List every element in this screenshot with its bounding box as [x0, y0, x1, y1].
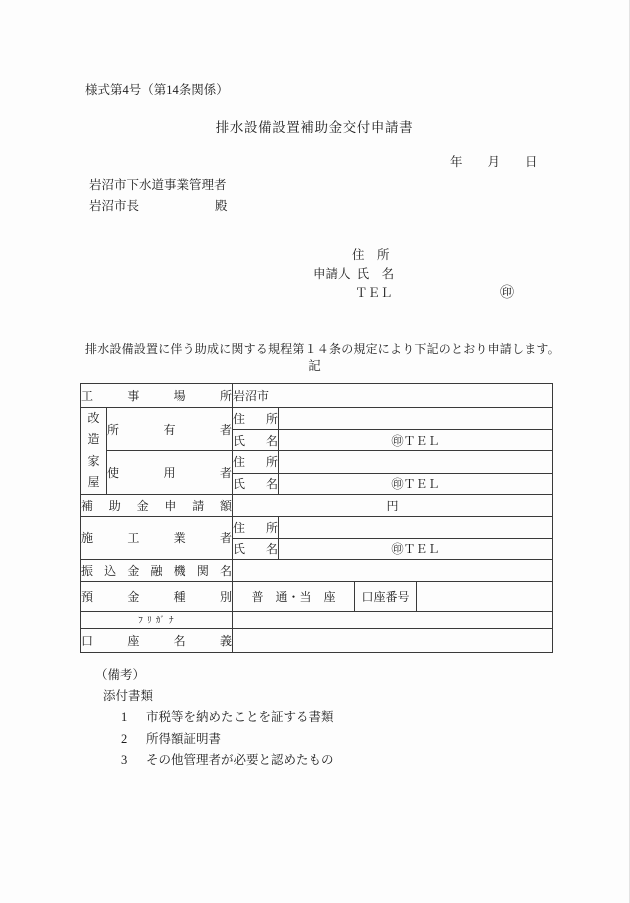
- attachment-item-number: 1: [121, 710, 146, 725]
- attachment-item-text: 所得額証明書: [146, 732, 221, 746]
- row-work-site: 工事場所 岩沼市: [81, 384, 553, 408]
- row-subsidy-amount: 補助金申請額 円: [81, 494, 553, 516]
- user-label-cell: 使用者: [107, 451, 233, 495]
- addressee-manager: 岩沼市下水道事業管理者: [89, 175, 227, 193]
- applicant-name-label: 氏 名: [357, 267, 395, 281]
- owner-label-cell: 所有者: [107, 408, 233, 451]
- seal-icon: ㊞: [500, 282, 514, 302]
- row-owner-address: 改造家屋 所有者 住所: [81, 408, 553, 430]
- work-site-label-cell: 工事場所: [81, 384, 233, 408]
- account-number-label-cell: 口座番号: [355, 581, 417, 611]
- subsidy-amount-label-cell: 補助金申請額: [81, 494, 233, 516]
- applicant-block: 住 所 申請人 氏 名 ＴＥＬ ㊞: [313, 243, 543, 303]
- furigana-input-cell: [233, 611, 553, 628]
- row-user-address: 使用者 住所: [81, 451, 553, 474]
- addressee-mayor-line: 岩沼市長 殿: [89, 196, 289, 214]
- deposit-type-value-cell: 普 通・当 座: [233, 581, 355, 611]
- deposit-type-label-cell: 預金種別: [81, 581, 233, 611]
- owner-address-input-cell: [279, 408, 553, 430]
- bank-label-cell: 振込金融機関名: [81, 559, 233, 581]
- bank-input-cell: [233, 559, 553, 581]
- contractor-name-sublabel-cell: 氏名: [233, 538, 279, 559]
- attachment-item-number: 2: [121, 732, 146, 747]
- date-line: 年 月 日: [450, 152, 538, 170]
- owner-name-sublabel-cell: 氏名: [233, 430, 279, 451]
- user-address-input-cell: [279, 451, 553, 474]
- ki-heading: 記: [0, 356, 629, 374]
- attachment-item-text: 市税等を納めたことを証する書類: [146, 710, 334, 724]
- renovated-house-vertical-label: 改造家屋: [87, 408, 100, 494]
- user-seal-tel-cell: ㊞ＴＥＬ: [279, 473, 553, 494]
- attachment-item-text: その他管理者が必要と認めたもの: [146, 753, 334, 767]
- row-furigana: ﾌ ﾘ ｶﾞ ﾅ: [81, 611, 553, 628]
- attachment-item: 2所得額証明書: [121, 729, 334, 751]
- remarks-label: （備考）: [95, 665, 145, 683]
- applicant-tel-line: ＴＥＬ ㊞: [355, 283, 543, 301]
- owner-seal-tel-cell: ㊞ＴＥＬ: [279, 430, 553, 451]
- renovated-house-label-cell: 改造家屋: [81, 408, 107, 495]
- honorific-dono: 殿: [215, 196, 228, 214]
- attachment-item: 1市税等を納めたことを証する書類: [121, 707, 334, 729]
- form-number: 様式第4号（第14条関係）: [85, 80, 229, 98]
- user-address-sublabel-cell: 住所: [233, 451, 279, 474]
- applicant-name-line: 申請人 氏 名: [313, 264, 394, 282]
- subsidy-amount-value-cell: 円: [233, 494, 553, 516]
- attachment-item: 3その他管理者が必要と認めたもの: [121, 750, 334, 772]
- attachments-list: 1市税等を納めたことを証する書類 2所得額証明書 3その他管理者が必要と認めたも…: [121, 707, 334, 772]
- account-holder-input-cell: [233, 628, 553, 652]
- applicant-address-label: 住 所: [352, 245, 390, 263]
- row-account-holder: 口座名義: [81, 628, 553, 652]
- applicant-tel-label: ＴＥＬ: [355, 286, 393, 300]
- row-bank: 振込金融機関名: [81, 559, 553, 581]
- work-site-value-cell: 岩沼市: [233, 384, 553, 408]
- owner-address-sublabel-cell: 住所: [233, 408, 279, 430]
- intro-sentence: 排水設備設置に伴う助成に関する規程第１４条の規定により下記のとおり申請します。: [85, 340, 560, 357]
- row-deposit-type: 預金種別 普 通・当 座 口座番号: [81, 581, 553, 611]
- application-table: 工事場所 岩沼市 改造家屋 所有者 住所 氏名 ㊞ＴＥＬ 使用者 住所: [80, 383, 553, 653]
- account-holder-label-cell: 口座名義: [81, 628, 233, 652]
- contractor-seal-tel-cell: ㊞ＴＥＬ: [279, 538, 553, 559]
- furigana-label-cell: ﾌ ﾘ ｶﾞ ﾅ: [81, 611, 233, 628]
- contractor-address-input-cell: [279, 516, 553, 538]
- document-title: 排水設備設置補助金交付申請書: [0, 116, 629, 136]
- row-contractor-address: 施工業者 住所: [81, 516, 553, 538]
- account-number-input-cell: [417, 581, 553, 611]
- user-name-sublabel-cell: 氏名: [233, 473, 279, 494]
- document-page: 様式第4号（第14条関係） 排水設備設置補助金交付申請書 年 月 日 岩沼市下水…: [0, 0, 630, 903]
- applicant-role-label: 申請人: [313, 267, 351, 281]
- addressee-mayor: 岩沼市長: [89, 199, 139, 213]
- contractor-label-cell: 施工業者: [81, 516, 233, 559]
- contractor-address-sublabel-cell: 住所: [233, 516, 279, 538]
- attachments-heading: 添付書類: [103, 686, 153, 704]
- attachment-item-number: 3: [121, 753, 146, 768]
